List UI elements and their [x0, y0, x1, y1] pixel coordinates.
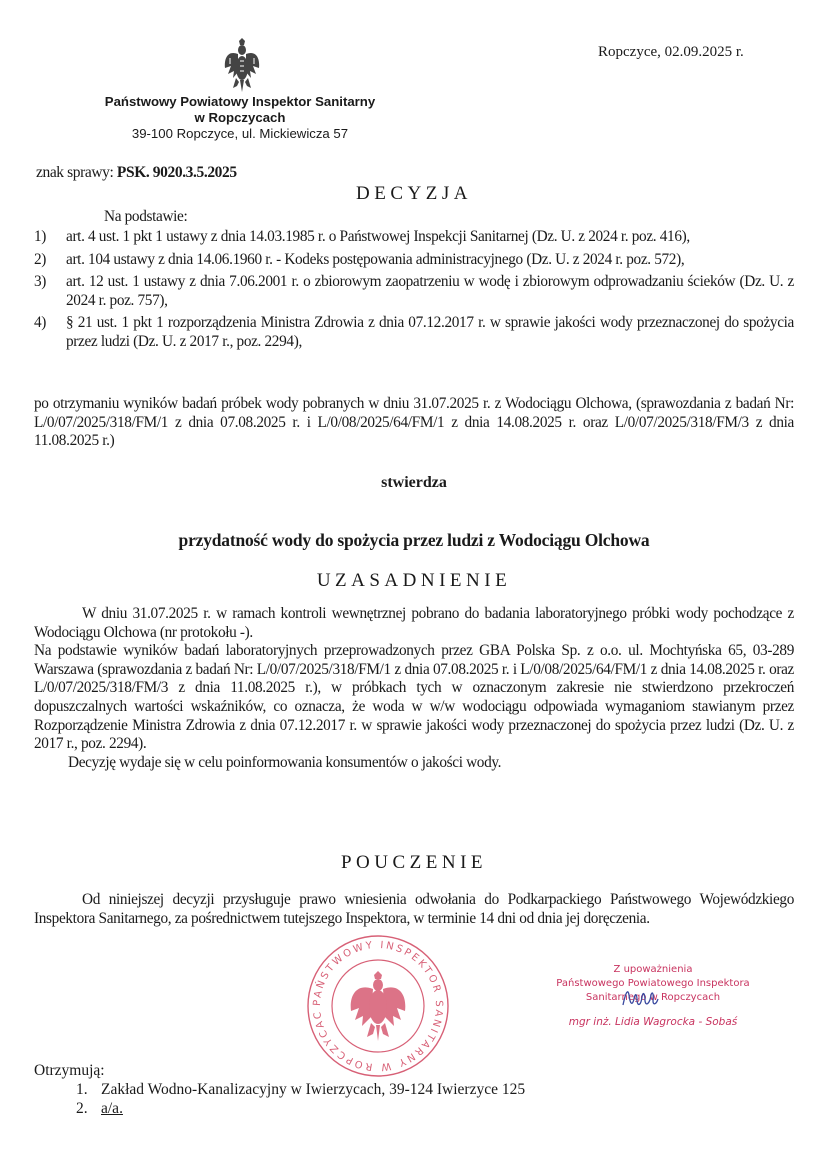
institution-name: Państwowy Powiatowy Inspektor Sanitarny — [60, 94, 420, 110]
institution-address: 39-100 Ropczyce, ul. Mickiewicza 57 — [60, 126, 420, 142]
instruction-paragraph: Od niniejszej decyzji przysługuje prawo … — [34, 891, 794, 928]
institution-location: w Ropczycach — [60, 110, 420, 126]
official-round-stamp-icon: PAŃSTWOWY INSPEKTOR SANITARNY W ROPCZYCA… — [305, 933, 451, 1079]
justification-body: W dniu 31.07.2025 r. w ramach kontroli w… — [34, 605, 794, 772]
verdict-text: przydatność wody do spożycia przez ludzi… — [0, 530, 828, 551]
recipient-item: 2.a/a. — [76, 1099, 525, 1118]
basis-intro: Na podstawie: — [104, 208, 187, 227]
authorization-line: Z upoważnienia — [528, 963, 778, 977]
recipients-list: 1.Zakład Wodno-Kanalizacyjny w Iwierzyca… — [76, 1080, 525, 1118]
place-and-date: Ropczyce, 02.09.2025 r. — [598, 44, 744, 61]
justification-paragraph: Decyzję wydaje się w celu poinformowania… — [34, 754, 794, 773]
case-reference-label: znak sprawy: — [36, 164, 113, 181]
instruction-title: POUCZENIE — [0, 852, 828, 874]
legal-basis-item: 1)art. 4 ust. 1 pkt 1 ustawy z dnia 14.0… — [34, 228, 794, 247]
legal-basis-list: 1)art. 4 ust. 1 pkt 1 ustawy z dnia 14.0… — [34, 228, 794, 356]
polish-eagle-emblem-icon — [222, 38, 262, 94]
decision-title: DECYZJA — [0, 183, 828, 205]
recipient-item: 1.Zakład Wodno-Kanalizacyjny w Iwierzyca… — [76, 1080, 525, 1099]
recipients-label: Otrzymują: — [34, 1062, 105, 1080]
verdict-word: stwierdza — [0, 474, 828, 492]
instruction-body: Od niniejszej decyzji przysługuje prawo … — [34, 891, 794, 928]
legal-basis-item: 2)art. 104 ustawy z dnia 14.06.1960 r. -… — [34, 251, 794, 270]
justification-paragraph: W dniu 31.07.2025 r. w ramach kontroli w… — [34, 605, 794, 642]
institution-header: Państwowy Powiatowy Inspektor Sanitarny … — [60, 94, 420, 142]
signatory-name: mgr inż. Lidia Wagrocka - Sobaś — [528, 1015, 778, 1029]
legal-basis-item: 4)§ 21 ust. 1 pkt 1 rozporządzenia Minis… — [34, 314, 794, 351]
justification-title: UZASADNIENIE — [0, 570, 828, 592]
case-reference: znak sprawy: PSK. 9020.3.5.2025 — [36, 164, 237, 182]
after-results-paragraph: po otrzymaniu wyników badań próbek wody … — [34, 395, 794, 451]
handwritten-signature-icon — [620, 987, 660, 1011]
case-reference-number: PSK. 9020.3.5.2025 — [117, 164, 237, 181]
legal-basis-item: 3)art. 12 ust. 1 ustawy z dnia 7.06.2001… — [34, 273, 794, 310]
justification-paragraph: Na podstawie wyników badań laboratoryjny… — [34, 642, 794, 754]
